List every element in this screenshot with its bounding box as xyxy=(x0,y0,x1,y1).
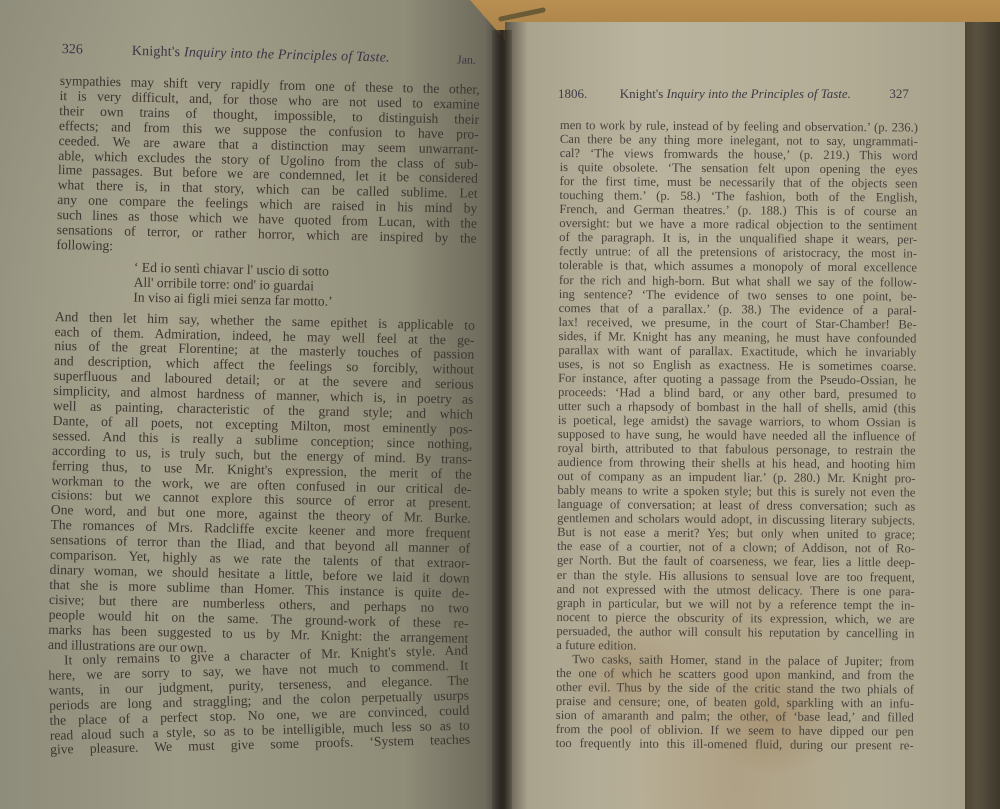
book-cover-edge xyxy=(962,22,1000,809)
running-title-italic: Inquiry into the Principles of Taste. xyxy=(667,86,851,101)
right-paragraph-2: Two casks, saith Homer, stand in the pal… xyxy=(556,652,915,753)
left-running-head: 326 Knight's Inquiry into the Principles… xyxy=(62,42,477,69)
left-page-body: sympathies may shift very rapidly from o… xyxy=(46,74,480,767)
left-paragraph-1: sympathies may shift very rapidly from o… xyxy=(56,74,480,262)
left-page-number: 326 xyxy=(62,42,83,58)
right-page-number: 327 xyxy=(889,86,909,101)
left-running-month: Jan. xyxy=(457,52,476,66)
running-title-italic: Inquiry into the Principles of Taste. xyxy=(184,45,390,65)
right-running-year: 1806. xyxy=(558,86,587,101)
left-paragraph-3: It only remains to give a character of M… xyxy=(48,644,470,759)
left-running-title: Knight's Inquiry into the Principles of … xyxy=(132,44,394,66)
dante-verse-quote: ‘ Ed io sentì chiavar l' uscio di sottoA… xyxy=(55,259,476,313)
text-line: too frequently into this ill-omened flui… xyxy=(556,736,914,753)
right-page-body: men to work by rule, instead of by feeli… xyxy=(556,118,918,753)
right-running-head: 1806. Knight's Inquiry into the Principl… xyxy=(558,86,909,102)
running-title-prefix: Knight's xyxy=(620,86,664,101)
book-photo: 326 Knight's Inquiry into the Principles… xyxy=(0,0,1000,809)
left-paragraph-2: And then let him say, whether the same e… xyxy=(48,310,475,662)
right-paragraph-1: men to work by rule, instead of by feeli… xyxy=(556,118,918,654)
left-page: 326 Knight's Inquiry into the Principles… xyxy=(0,0,505,809)
book-gutter xyxy=(492,30,512,809)
running-title-prefix: Knight's xyxy=(132,44,181,60)
